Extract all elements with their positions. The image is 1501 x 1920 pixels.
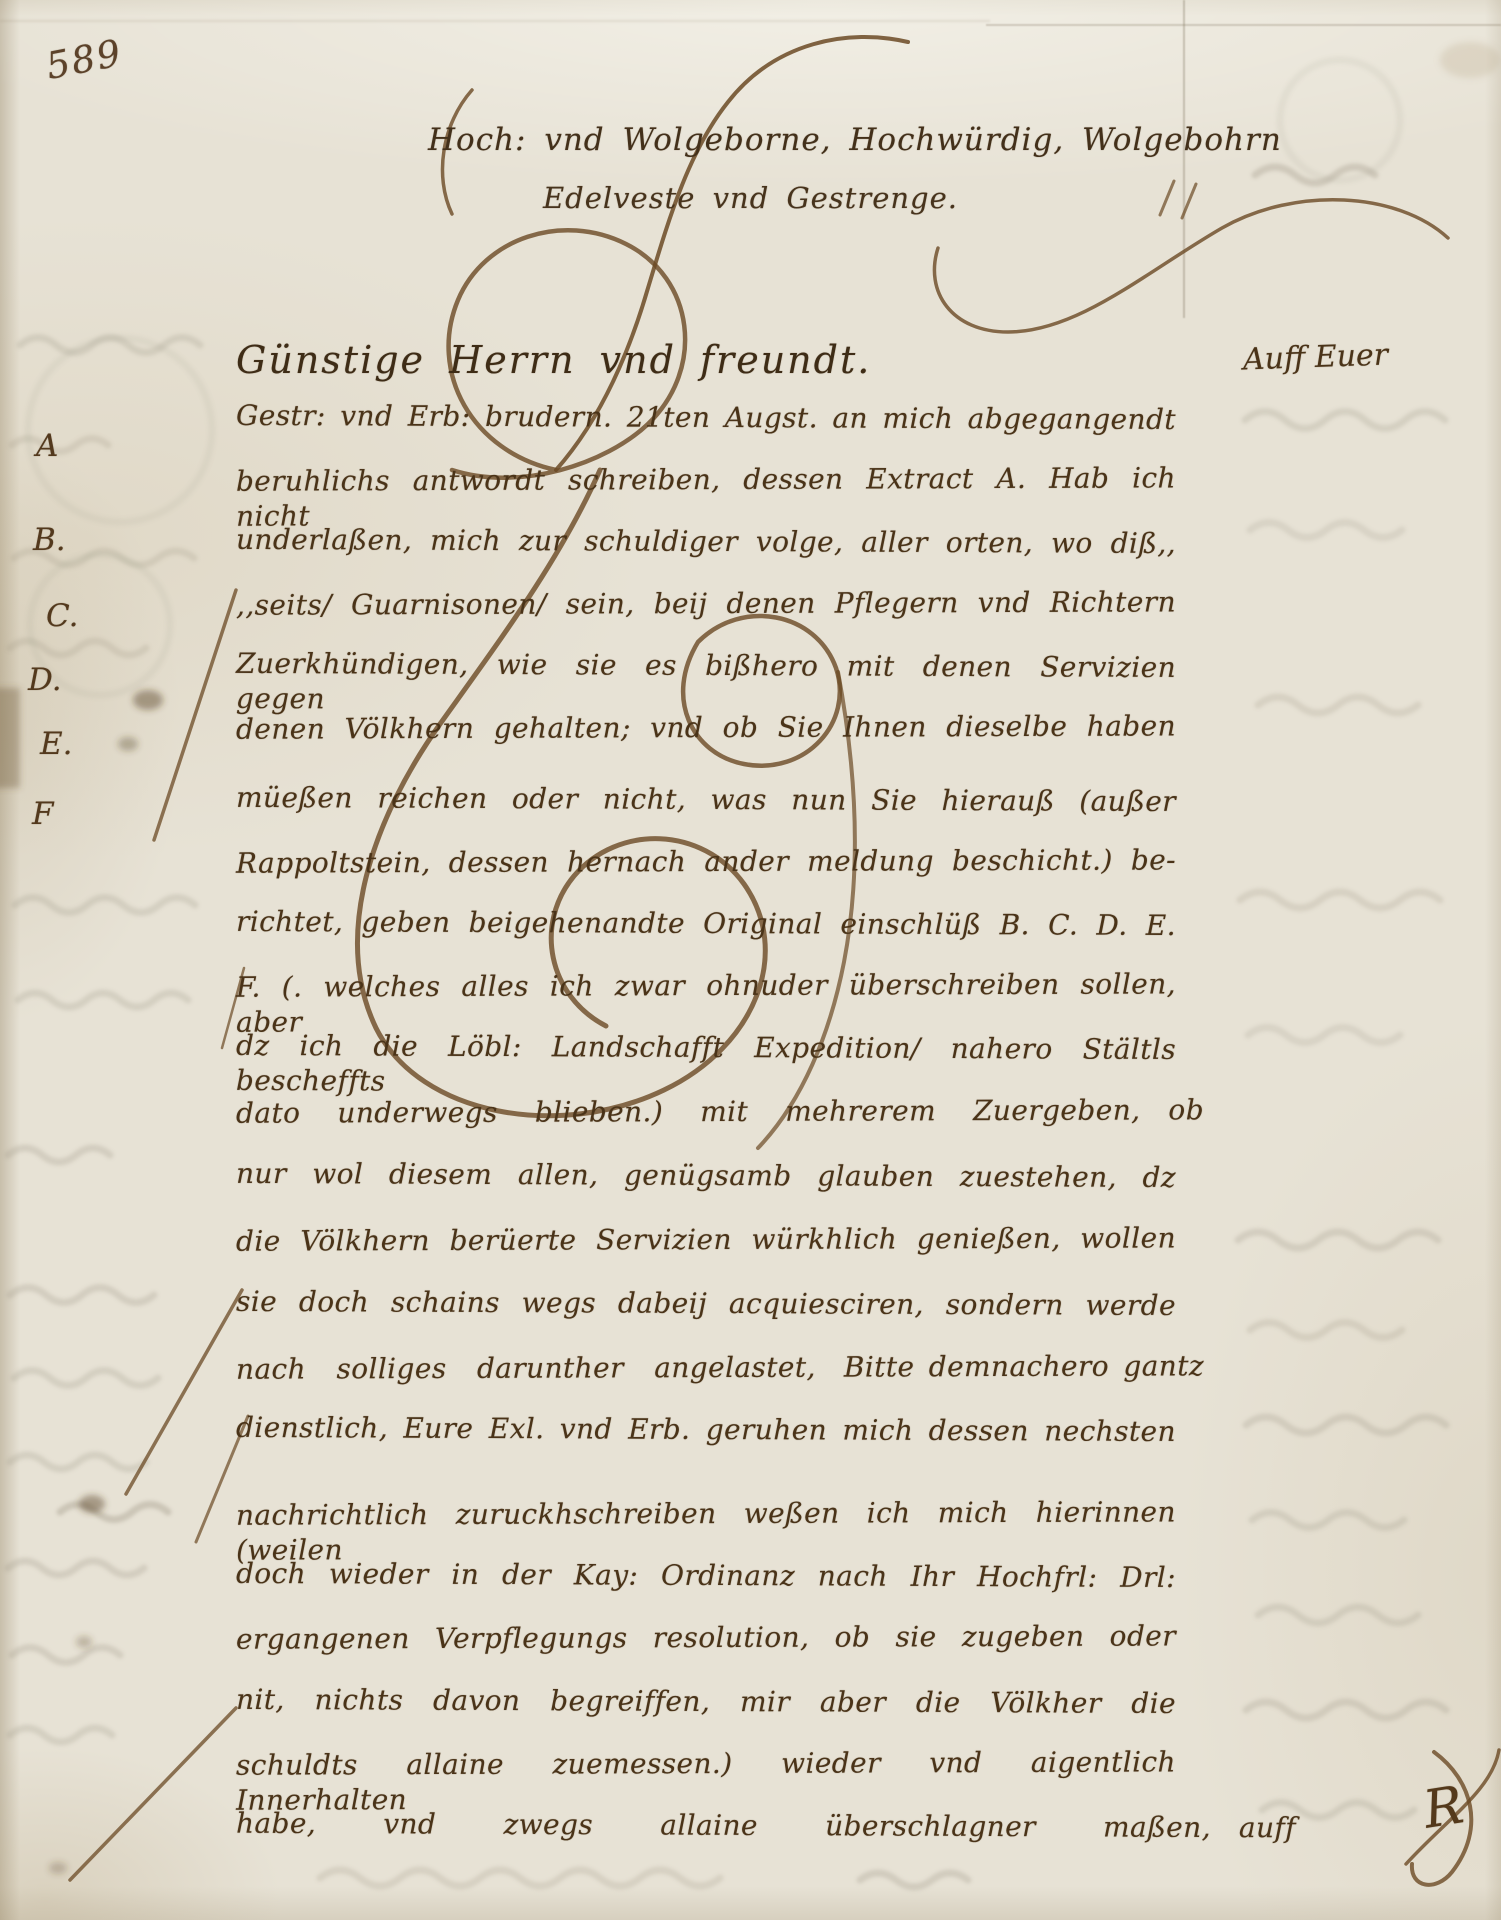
margin-letter-b: B. [33,522,66,558]
margin-stroke [70,1708,236,1880]
body-line: ,,seits/ Guarnisonen/ sein, beij denen P… [236,584,1204,622]
vertical-fold-crease [1183,0,1185,318]
body-line: Gestr: vnd Erb: brudern. 21ten Augst. an… [236,398,1204,437]
page-number: 589 [43,31,126,88]
horizontal-fold-crease [986,24,1501,26]
body-line: nach solliges darunther angelastet,Bitte… [236,1348,1204,1386]
margin-letter-f: F [32,796,54,832]
body-line: müeßen reichen oder nicht, was nun Sie h… [236,780,1204,819]
salutation: Günstige Herrn vnd freundt. [236,338,871,382]
margin-letter-c: C. [46,598,78,634]
horizontal-fold-crease-left [0,20,990,22]
body-line: die Völkhern berüerte Servizien würkhlic… [236,1220,1204,1258]
body-line: denen Völkhern gehalten; vnd ob Sie Ihne… [236,708,1204,746]
body-line: nur wol diesem allen, genügsamb glauben … [236,1156,1204,1195]
body-line: richtet, geben beigehenandte Original ei… [236,904,1204,943]
body-line: ergangenen Verpflegungs resolution, ob s… [236,1618,1204,1656]
body-line: dz ich die Löbl: Landschafft Expedition/… [236,1028,1204,1102]
body-line: dienstlich, Eure Exl. vnd Erb. geruhen m… [236,1410,1204,1449]
body-line: underlaßen, mich zur schuldiger volge, a… [236,522,1204,561]
body-line: habe, vnd zwegs allaine überschlagner ma… [236,1806,1296,1846]
salutation-right: Auff Euer [1242,337,1388,377]
margin-letter-d: D. [28,662,62,698]
body-line: sie doch schains wegs dabeij acquiescire… [236,1284,1204,1323]
margin-stroke [126,1290,242,1494]
margin-letter-a: A [36,428,58,464]
margin-stroke [154,590,236,840]
heading-line-1: Hoch: vnd Wolgeborne, Hochwürdig, Wolgeb… [428,122,1176,158]
manuscript-page: 589 Hoch: vnd Wolgeborne, Hochwürdig, Wo… [0,0,1501,1920]
body-line: Rappoltstein, dessen hernach ander meldu… [236,842,1204,880]
body-line: dato underwegs blieben.) mit mehrerem Zu… [236,1092,1204,1130]
heading-line-2: Edelveste vnd Gestrenge. [543,181,933,215]
margin-letter-e: E. [40,726,72,762]
body-line: nit, nichts davon begreiffen, mir aber d… [236,1682,1204,1721]
body-line: doch wieder in der Kay: Ordinanz nach Ih… [236,1556,1204,1595]
flourished-end-letter: R [1420,1775,1468,1840]
